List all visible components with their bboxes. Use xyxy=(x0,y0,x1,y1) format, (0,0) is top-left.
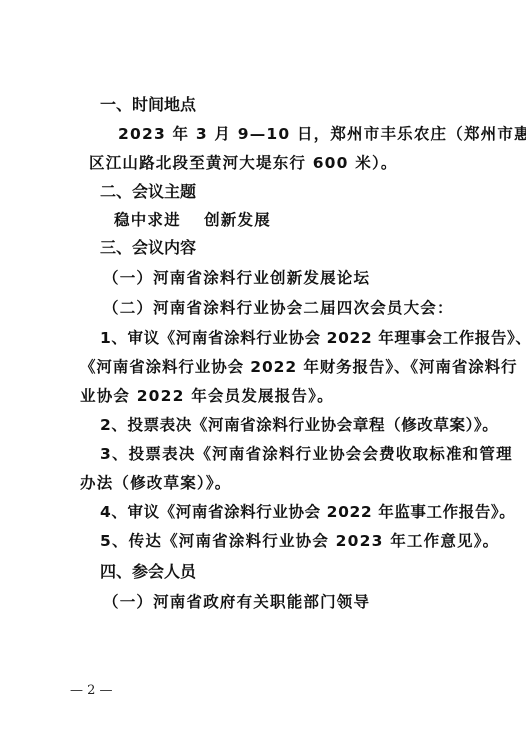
section-heading-attendees: 四、参会人员 xyxy=(100,562,196,582)
content-item-5: 5、传达《河南省涂料行业协会 2023 年工作意见》。 xyxy=(100,531,499,551)
content-item-4: 4、审议《河南省涂料行业协会 2022 年监事工作报告》。 xyxy=(100,502,515,522)
content-subitem-2: （二）河南省涂料行业协会二届四次会员大会： xyxy=(103,298,454,318)
theme-text: 稳中求进 创新发展 xyxy=(114,210,271,230)
content-item-3-line-2: 办法（修改草案）》。 xyxy=(80,473,232,493)
content-item-1-line-3: 业协会 2022 年会员发展报告》。 xyxy=(80,386,334,406)
content-item-1-line-2: 《河南省涂料行业协会 2022 年财务报告》、《河南省涂料行 xyxy=(80,357,517,377)
section-heading-time-location: 一、时间地点 xyxy=(100,95,196,115)
section-heading-content: 三、会议内容 xyxy=(100,238,196,258)
content-item-3-line-1: 3、投票表决《河南省涂料行业协会会费收取标准和管理 xyxy=(100,444,513,464)
content-item-2: 2、投票表决《河南省涂料行业协会章程（修改草案）》。 xyxy=(100,415,498,435)
page-number: — 2 — xyxy=(70,683,113,698)
content-subitem-1: （一）河南省涂料行业创新发展论坛 xyxy=(103,268,370,288)
content-item-1-line-1: 1、审议《河南省涂料行业协会 2022 年理事会工作报告》、 xyxy=(100,328,526,348)
section-heading-theme: 二、会议主题 xyxy=(100,182,196,202)
time-location-text-line-2: 区江山路北段至黄河大堤东行 600 米）。 xyxy=(89,153,398,173)
attendees-subitem-1: （一）河南省政府有关职能部门领导 xyxy=(103,592,370,612)
time-location-text-line-1: 2023 年 3 月 9—10 日，郑州市丰乐农庄（郑州市惠济 xyxy=(118,124,526,144)
